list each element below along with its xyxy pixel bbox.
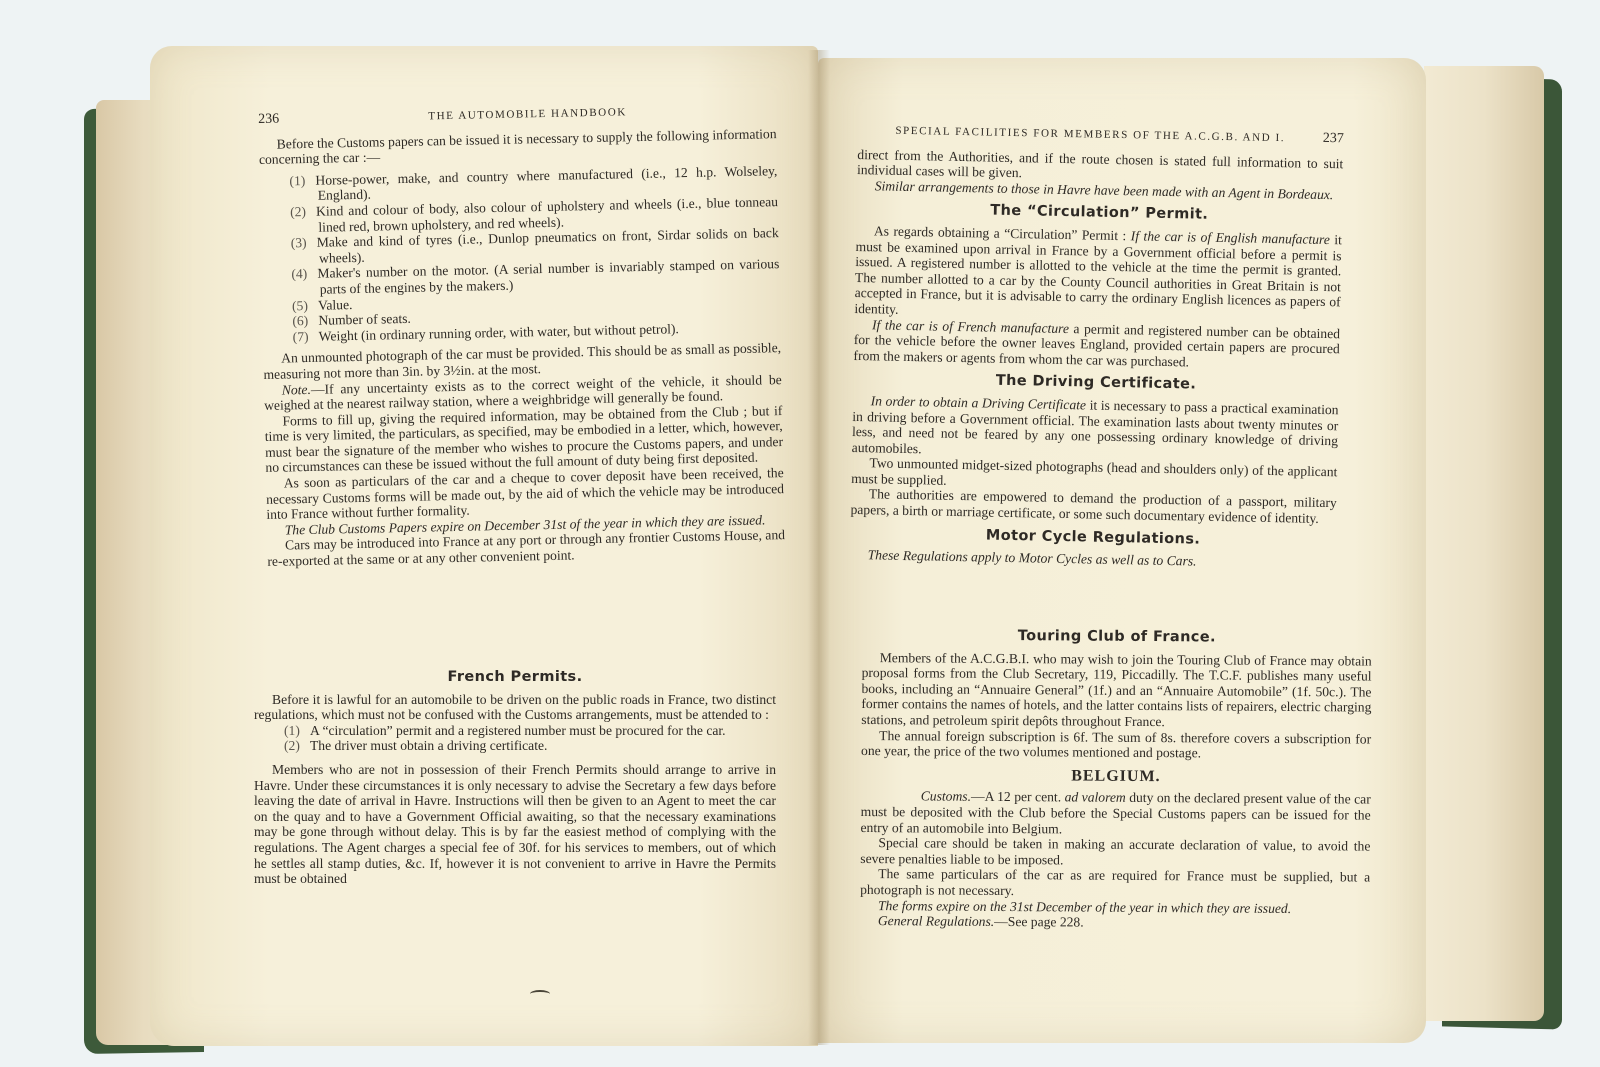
french-permits-heading: French Permits. <box>254 670 776 686</box>
touring-club-heading: Touring Club of France. <box>862 628 1372 647</box>
touring-club-para-2: The annual foreign subscription is 6f. T… <box>861 728 1371 763</box>
driving-para-1: In order to obtain a Driving Certificate… <box>852 393 1339 465</box>
page-number-right: 237 <box>1323 131 1344 147</box>
right-page-upper-text: SPECIAL FACILITIES FOR MEMBERS OF THE A.… <box>850 122 1344 572</box>
havre-paragraph: Members who are not in possession of the… <box>254 762 776 887</box>
touring-club-para-1: Members of the A.C.G.B.I. who may wish t… <box>861 650 1372 732</box>
belgium-para-3: The same particulars of the car as are r… <box>860 866 1370 901</box>
page-mark <box>530 990 550 998</box>
permit-item: (1)A “circulation” permit and a register… <box>254 723 776 739</box>
circulation-para-2: If the car is of French manufacture a pe… <box>853 316 1340 372</box>
right-page-lower-text: Touring Club of France. Members of the A… <box>860 620 1372 932</box>
book-gutter <box>808 50 830 1045</box>
requirements-list: (1)Horse-power, make, and country where … <box>259 163 780 345</box>
circulation-para-1: As regards obtaining a “Circulation” Per… <box>854 223 1342 326</box>
left-page-lower-text: French Permits. Before it is lawful for … <box>254 662 776 887</box>
left-page-upper-text: 236 THE AUTOMOBILE HANDBOOK Before the C… <box>258 101 785 569</box>
circulation-permit-heading: The “Circulation” Permit. <box>856 201 1342 226</box>
page-edges-right <box>1424 66 1544 1021</box>
permit-item: (2)The driver must obtain a driving cert… <box>254 738 776 754</box>
french-permits-intro: Before it is lawful for an automobile to… <box>254 692 776 723</box>
belgium-heading: BELGIUM. <box>861 767 1371 786</box>
forms-paragraph: Forms to fill up, giving the required in… <box>264 403 783 476</box>
belgium-para-2: Special care should be taken in making a… <box>860 835 1370 870</box>
driving-certificate-heading: The Driving Certificate. <box>853 371 1339 396</box>
page-number-left: 236 <box>258 112 279 128</box>
motor-cycle-heading: Motor Cycle Regulations. <box>850 526 1336 551</box>
belgium-customs-paragraph: Customs.—A 12 per cent. ad valorem duty … <box>860 788 1370 838</box>
